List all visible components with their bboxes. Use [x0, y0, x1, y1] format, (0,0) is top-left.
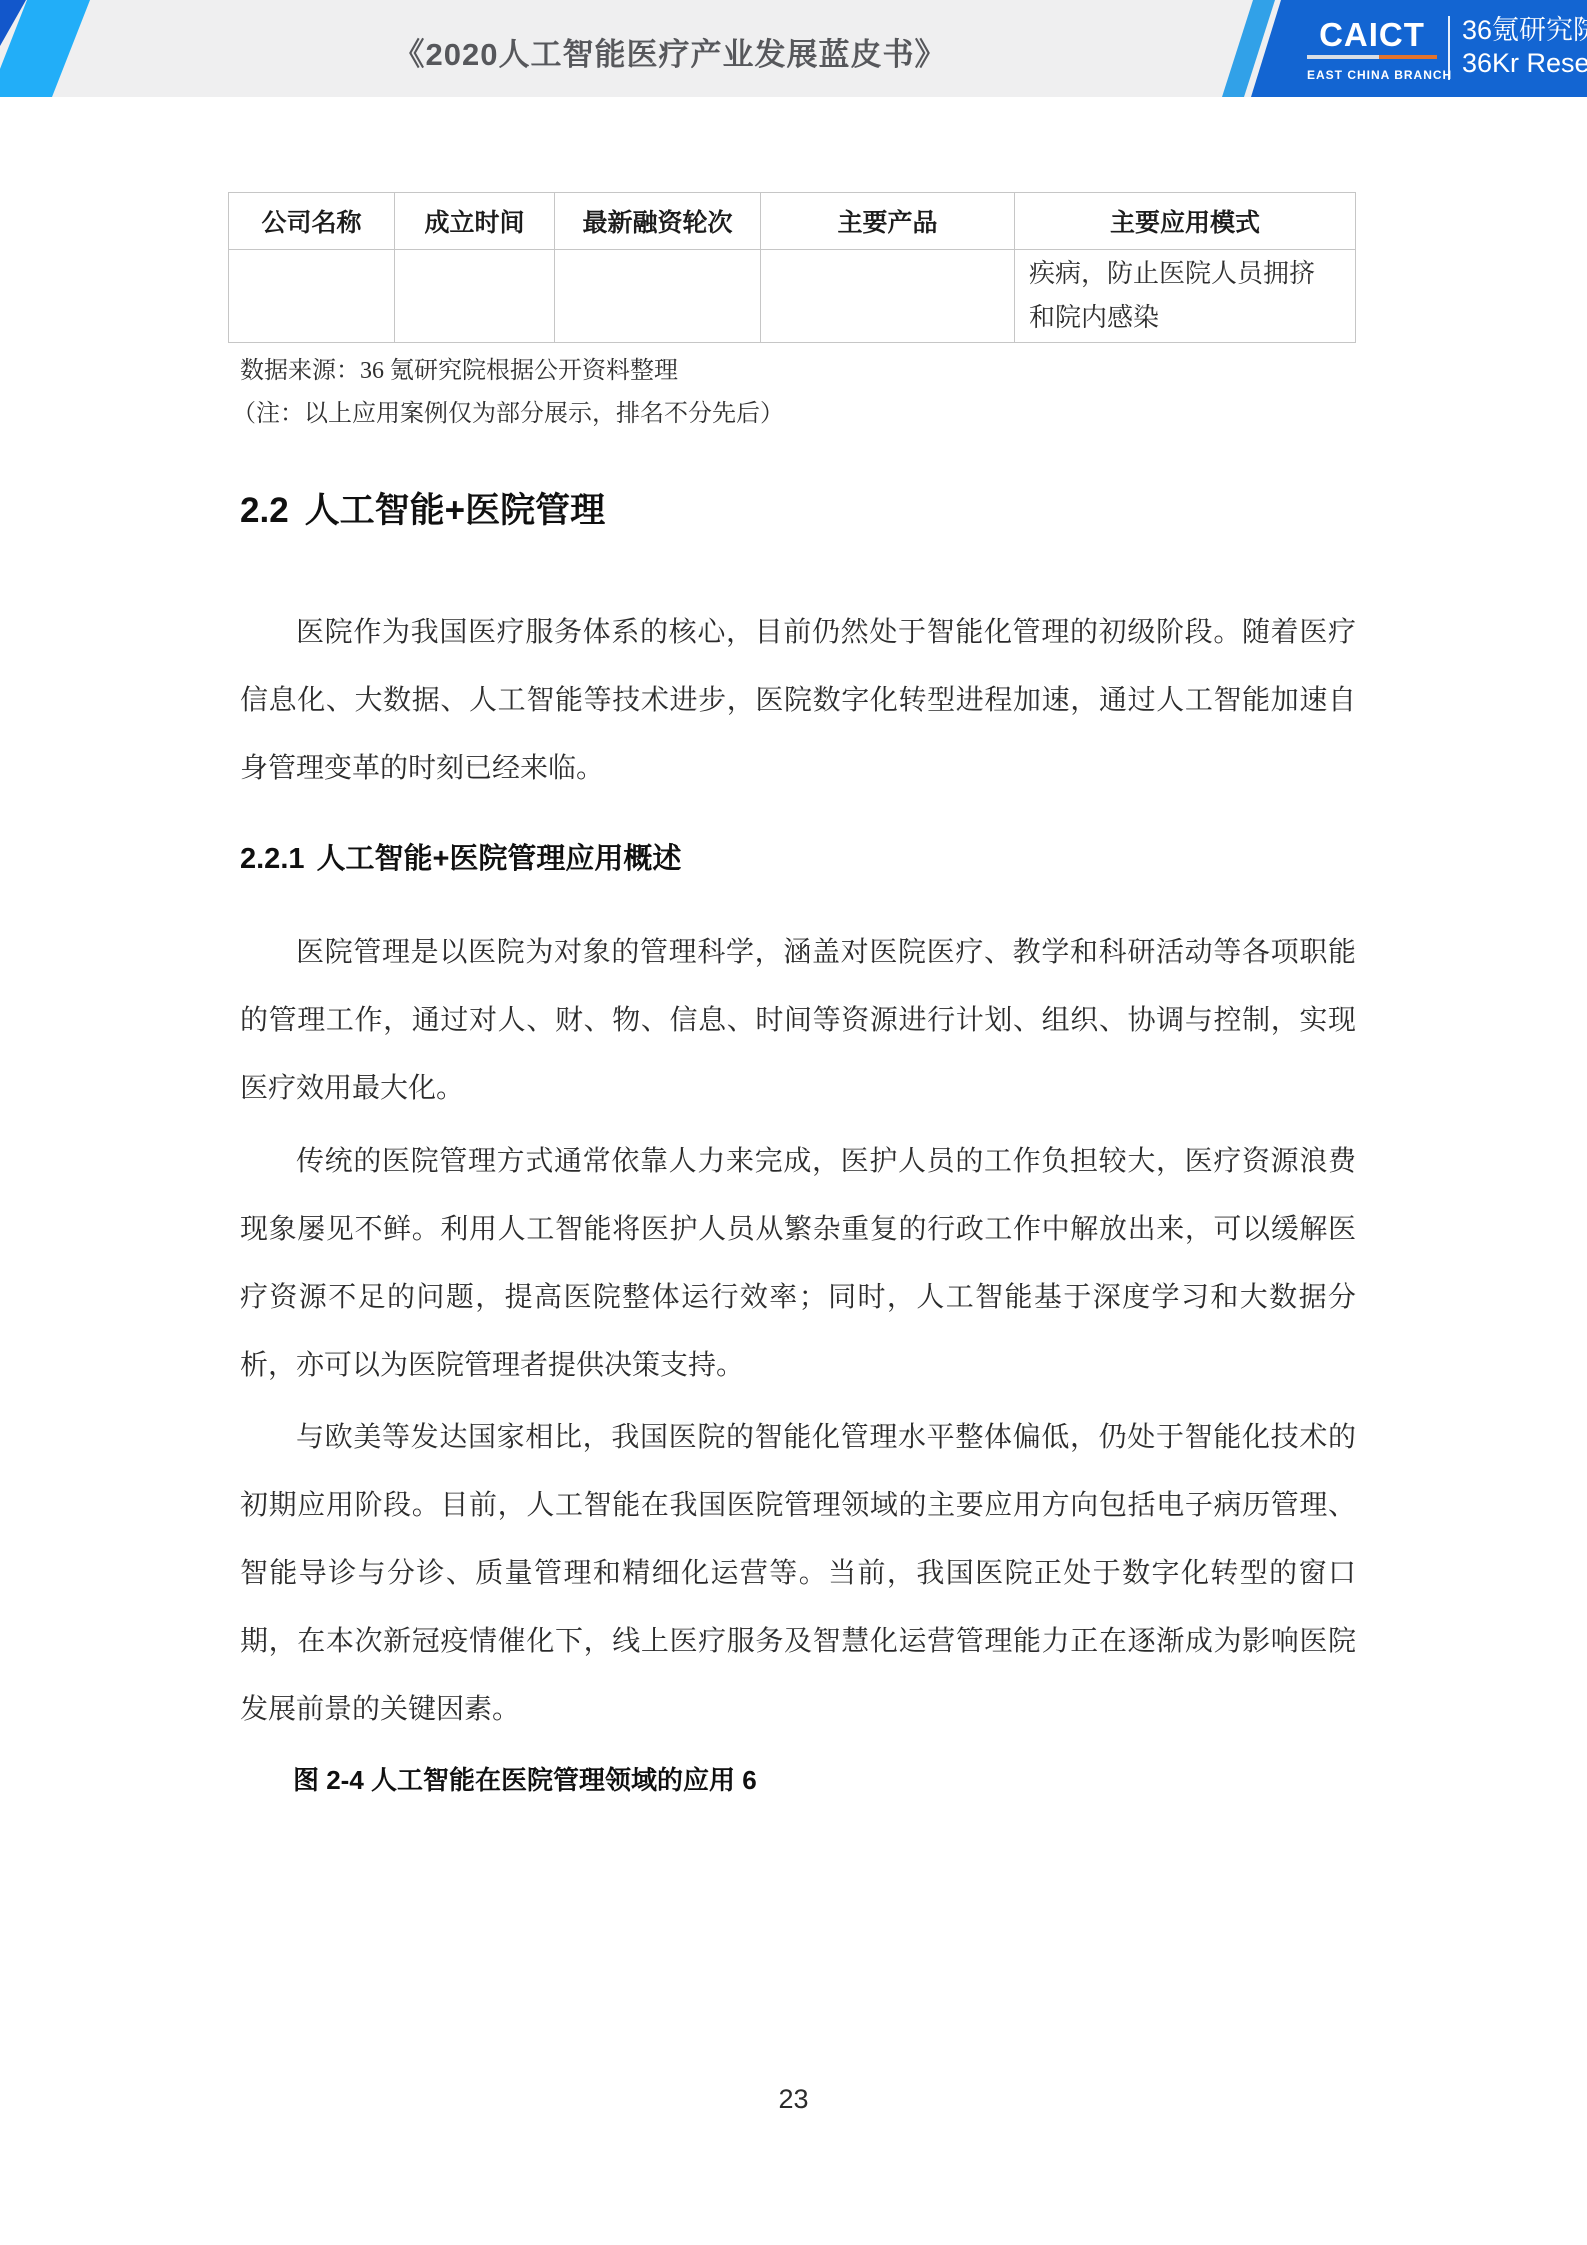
- table-cell: [555, 250, 761, 343]
- column-header-company-name: 公司名称: [229, 193, 395, 250]
- table-header-row: 公司名称 成立时间 最新融资轮次 主要产品 主要应用模式: [229, 193, 1356, 250]
- column-header-latest-funding-round: 最新融资轮次: [555, 193, 761, 250]
- 36kr-research-logo: 36氪研究院 36Kr Research: [1462, 14, 1572, 80]
- subsection-title: 人工智能+医院管理应用概述: [317, 843, 682, 875]
- table-cell: 疾病，防止医院人员拥挤 和院内感染: [1015, 250, 1356, 343]
- company-table: 公司名称 成立时间 最新融资轮次 主要产品 主要应用模式 疾病，防止医院人员拥挤…: [228, 192, 1356, 343]
- 36kr-research-cn: 36氪研究院: [1462, 14, 1572, 47]
- document-title: 《2020人工智能医疗产业发展蓝皮书》: [90, 29, 1250, 74]
- paragraph: 传统的医院管理方式通常依靠人力来完成，医护人员的工作负担较大，医疗资源浪费现象屡…: [240, 1128, 1356, 1400]
- subsection-heading: 2.2.1人工智能+医院管理应用概述: [240, 836, 681, 877]
- table-row: 疾病，防止医院人员拥挤 和院内感染: [229, 250, 1356, 343]
- paragraph: 医院管理是以医院为对象的管理科学，涵盖对医院医疗、教学和科研活动等各项职能的管理…: [240, 919, 1356, 1123]
- column-header-main-application-mode: 主要应用模式: [1015, 193, 1356, 250]
- section-title: 人工智能+医院管理: [305, 491, 605, 530]
- header-divider: [1448, 16, 1450, 80]
- table-cell: [395, 250, 555, 343]
- section-heading: 2.2人工智能+医院管理: [240, 483, 605, 533]
- 36kr-research-en: 36Kr Research: [1462, 47, 1572, 80]
- figure-caption: 图 2-4 人工智能在医院管理领域的应用 6: [293, 1760, 757, 1797]
- remark-note: （注：以上应用案例仅为部分展示，排名不分先后）: [232, 393, 784, 428]
- table-cell: [229, 250, 395, 343]
- page-header: 《2020人工智能医疗产业发展蓝皮书》 CAICT EAST CHINA BRA…: [0, 0, 1587, 97]
- document-page: 《2020人工智能医疗产业发展蓝皮书》 CAICT EAST CHINA BRA…: [0, 0, 1587, 2245]
- column-header-main-product: 主要产品: [761, 193, 1015, 250]
- table-cell: [761, 250, 1015, 343]
- caict-logo-text: CAICT: [1307, 18, 1437, 52]
- paragraph: 医院作为我国医疗服务体系的核心，目前仍然处于智能化管理的初级阶段。随着医疗信息化…: [240, 599, 1356, 803]
- paragraph: 与欧美等发达国家相比，我国医院的智能化管理水平整体偏低，仍处于智能化技术的初期应…: [240, 1404, 1356, 1744]
- column-header-founded-date: 成立时间: [395, 193, 555, 250]
- caict-underline-icon: [1307, 55, 1437, 59]
- data-source-note: 数据来源：36 氪研究院根据公开资料整理: [240, 350, 678, 385]
- section-number: 2.2: [240, 491, 289, 530]
- subsection-number: 2.2.1: [240, 843, 305, 875]
- caict-logo: CAICT EAST CHINA BRANCH: [1307, 18, 1437, 82]
- caict-branch-label: EAST CHINA BRANCH: [1307, 68, 1437, 82]
- page-number: 23: [0, 2084, 1587, 2115]
